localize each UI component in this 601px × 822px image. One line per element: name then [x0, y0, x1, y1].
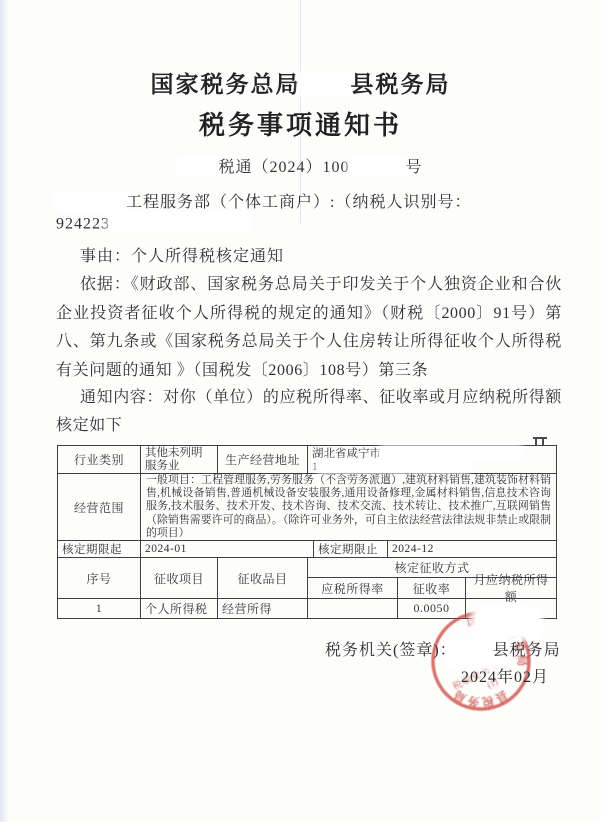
redaction	[178, 159, 218, 174]
taxpayer-id-line: 924223	[56, 215, 248, 233]
cell-period-end-value: 2024-12	[388, 541, 557, 558]
redaction	[476, 610, 538, 636]
redaction	[301, 73, 351, 95]
address-prefix: 湖北省咸宁市	[312, 448, 381, 460]
doc-number-suffix: 号	[406, 159, 423, 176]
signature-line: 税务机关(签章)：县税务局	[325, 637, 561, 660]
address-line2-prefix: 1	[312, 461, 318, 473]
cell-scope-value: 一般项目：工程管理服务,劳务服务（不含劳务派遣）,建筑材料销售,建筑装饰材料销售…	[141, 474, 557, 541]
cell-row1-rate1	[308, 599, 398, 619]
cell-seq-header: 序号	[58, 558, 141, 599]
document-number: 税通（2024）100号	[0, 154, 601, 177]
date-line: 2024年02月	[461, 664, 549, 687]
address-line2: 1	[312, 461, 552, 474]
redaction	[350, 159, 406, 174]
address-line1: 湖北省咸宁市	[312, 448, 552, 461]
redaction	[110, 215, 248, 230]
cell-industry-label: 行业类别	[58, 446, 141, 474]
cell-industry-value: 其他未列明服务业	[141, 446, 218, 474]
title-prefix: 国家税务总局	[151, 72, 301, 97]
matter-line: 事由：个人所得税核定通知	[80, 243, 284, 266]
cell-period-start-value: 2024-01	[141, 541, 314, 558]
page-title: 国家税务总局县税务局	[0, 66, 601, 99]
matter-value: 个人所得税核定通知	[131, 248, 284, 265]
notice-document-page: 国家税务总局县税务局 税务事项通知书 税通（2024）100号 工程服务部（个体…	[0, 0, 601, 822]
cell-row1-seq: 1	[58, 599, 141, 619]
title-suffix: 县税务局	[351, 72, 451, 97]
cell-scope-label: 经营范围	[58, 474, 141, 541]
authority-label: 税务机关(签章)：	[325, 642, 457, 659]
recipient-line: 工程服务部（个体工商户）:（纳税人识别号：	[56, 189, 471, 212]
taxpayer-id-prefix: 924223	[56, 215, 110, 232]
redaction	[318, 462, 468, 471]
doc-number-mid: 税通（2024）100	[218, 159, 349, 176]
cell-rate1-header: 应税所得率	[308, 578, 398, 599]
cell-period-end-label: 核定期限止	[314, 541, 388, 558]
cell-period-start-label: 核定期限起	[58, 541, 141, 558]
redaction	[381, 448, 521, 458]
page-subtitle: 税务事项通知书	[0, 105, 601, 142]
matter-label: 事由：	[80, 248, 131, 265]
cell-address-label: 生产经营地址	[218, 446, 308, 474]
cell-row1-item: 个人所得税	[141, 599, 218, 619]
cell-address-value: 湖北省咸宁市 1	[308, 446, 557, 474]
cell-item-header: 征收项目	[141, 558, 218, 599]
cell-subitem-header: 征收品目	[218, 558, 308, 599]
basis-paragraph: 依据：《财政部、国家税务总局关于印发关于个人独资企业和合伙企业投资者征收个人所得…	[56, 271, 562, 385]
cell-row1-subitem: 经营所得	[218, 599, 308, 619]
recipient-name-suffix: 工程服务部（个体工商户）:（纳税人识别号：	[126, 194, 471, 211]
notice-paragraph: 通知内容：对你（单位）的应税所得率、征收率或月应纳税所得额核定如下	[56, 384, 562, 440]
redaction	[457, 642, 493, 657]
authority-suffix: 县税务局	[493, 642, 561, 659]
redaction	[56, 194, 126, 209]
